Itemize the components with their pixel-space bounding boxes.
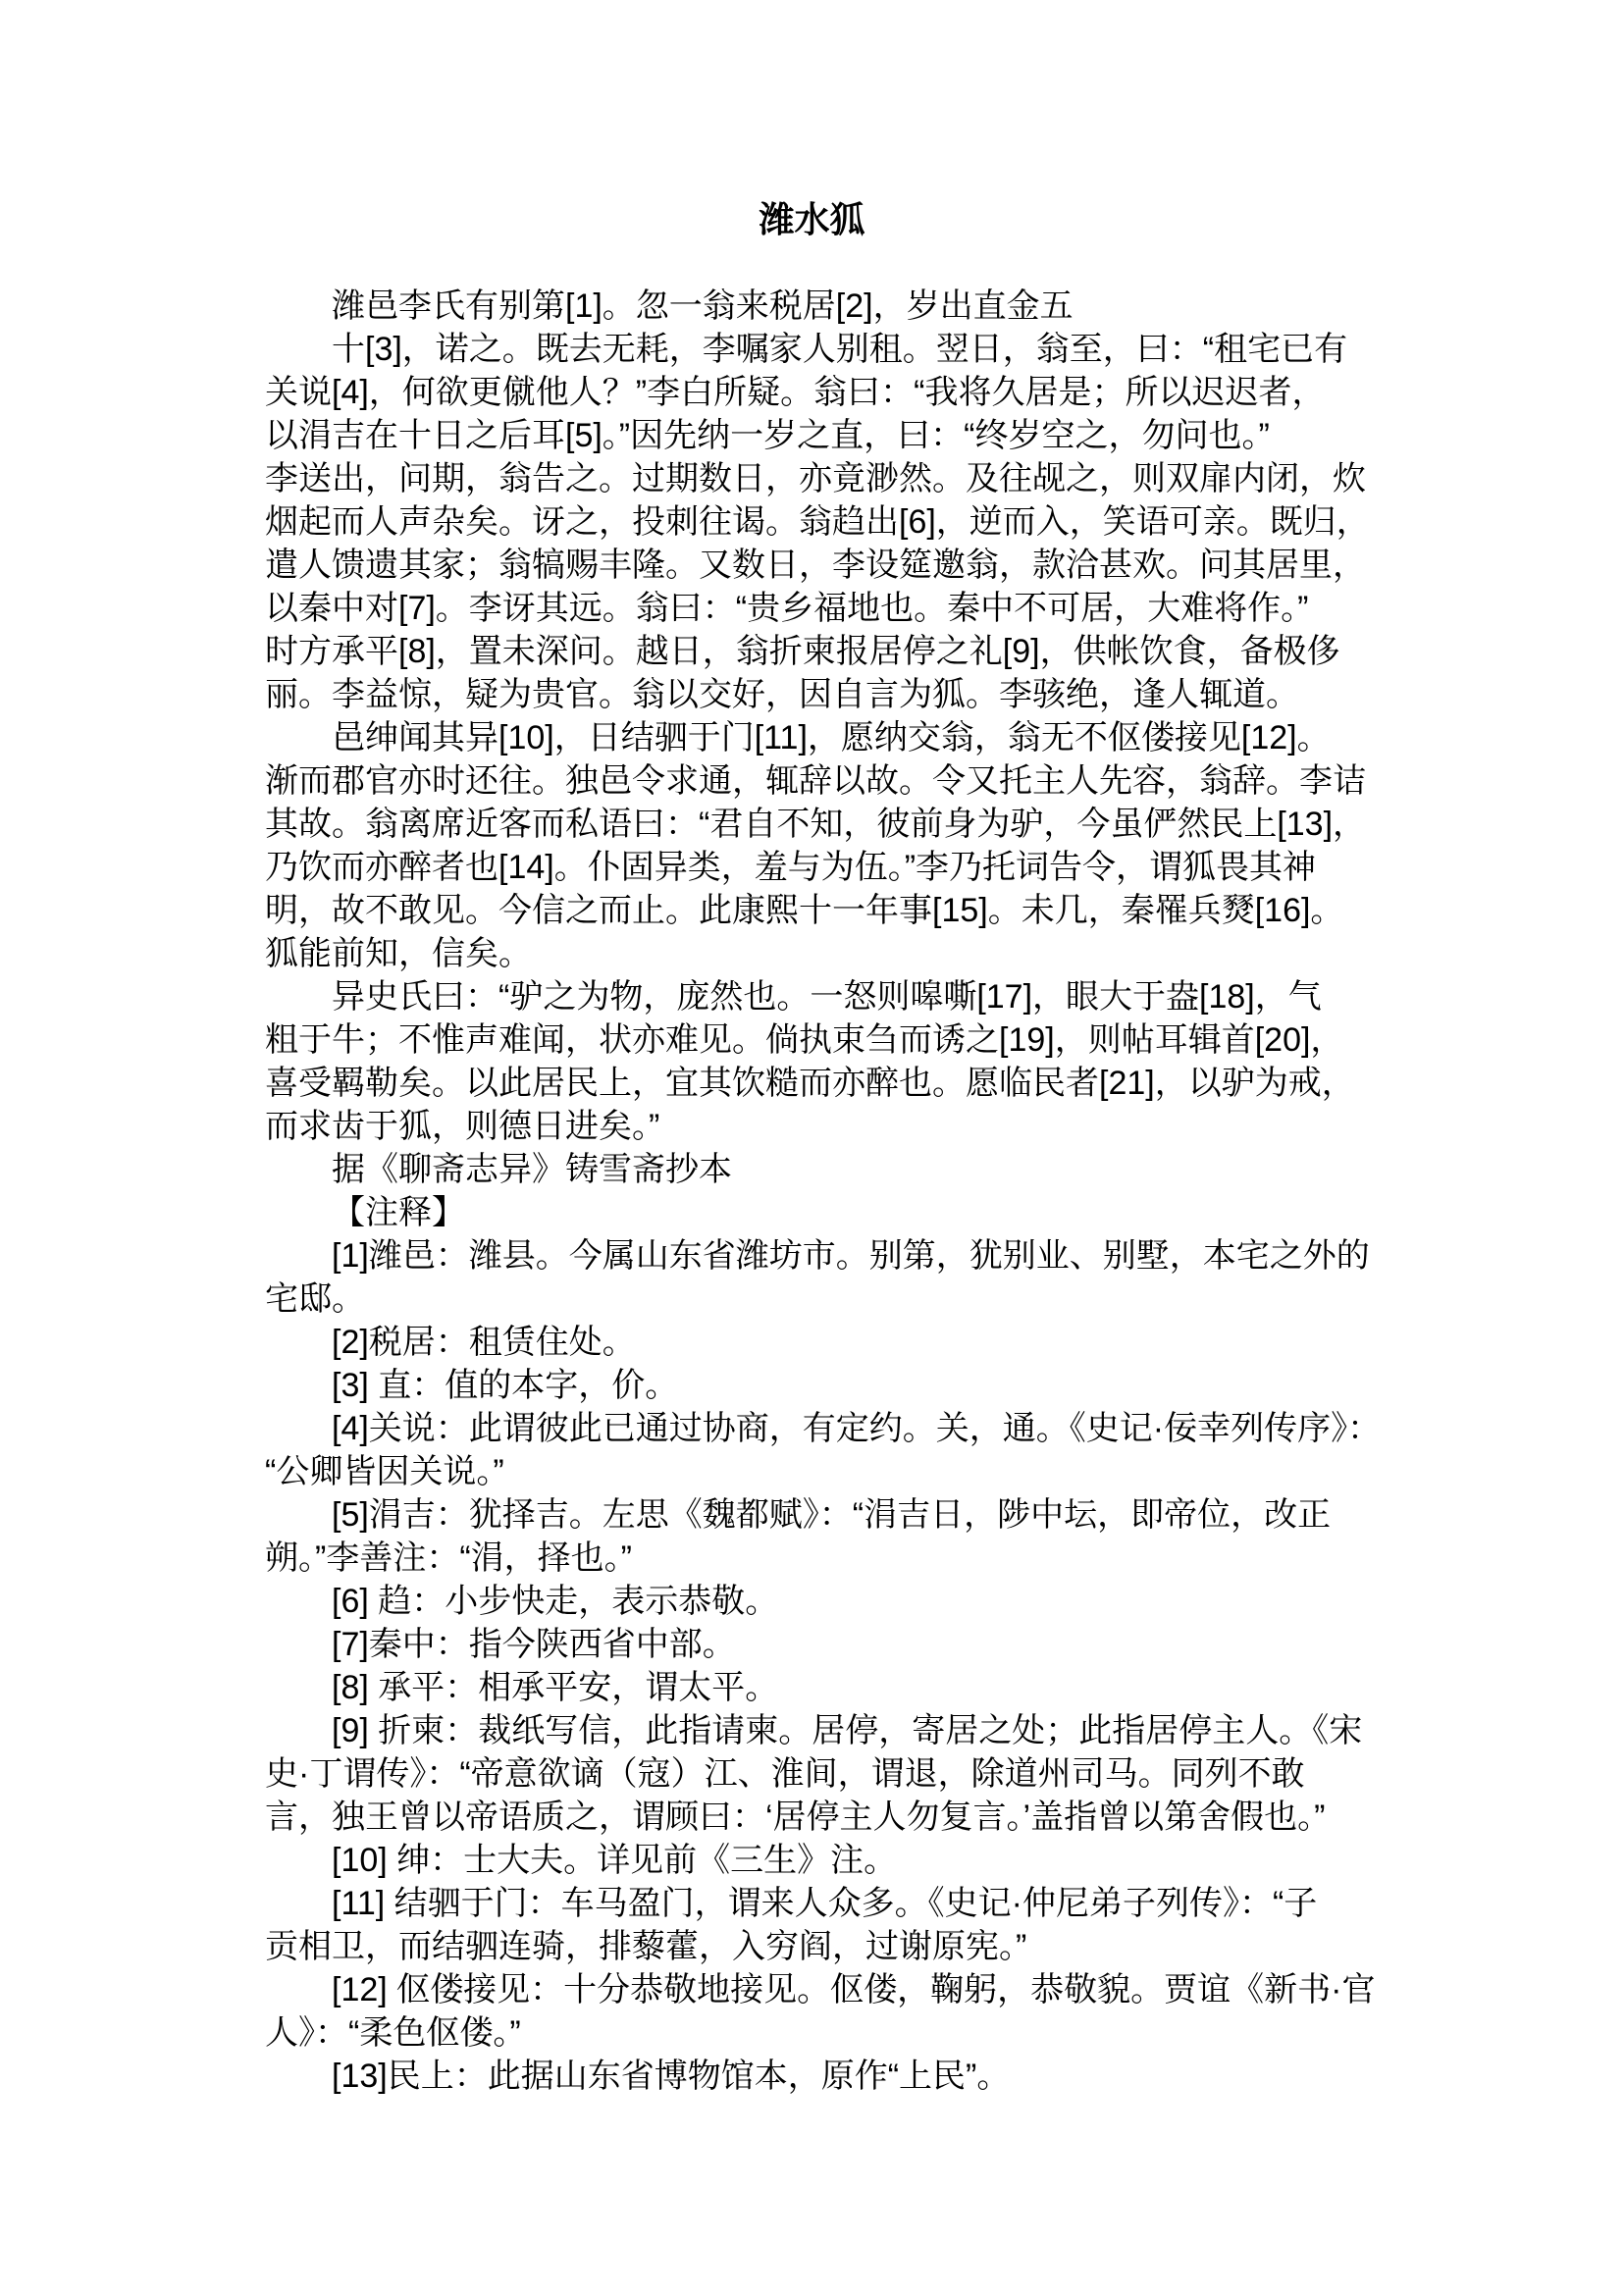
- text-line: 以涓吉在十日之后耳[5]。”因先纳一岁之直，曰：“终岁空之，勿问也。”: [265, 414, 1359, 457]
- text-line: 其故。翁离席近客而私语曰：“君自不知，彼前身为驴，今虽俨然民上[13]，: [265, 803, 1359, 846]
- text-line: 乃饮而亦醉者也[14]。仆固异类，羞与为伍。”李乃托词告令，谓狐畏其神: [265, 846, 1359, 889]
- page-title: 潍水狐: [265, 198, 1359, 241]
- text-line: [6] 趋：小步快走，表示恭敬。: [265, 1580, 1359, 1623]
- text-line: 【注释】: [265, 1191, 1359, 1234]
- text-line: “公卿皆因关说。”: [265, 1450, 1359, 1493]
- text-line: 据《聊斋志异》铸雪斋抄本: [265, 1148, 1359, 1191]
- document-page: 潍水狐 潍邑李氏有别第[1]。忽一翁来税居[2]，岁出直金五十[3]，诺之。既去…: [0, 0, 1624, 2294]
- text-line: 贡相卫，而结驷连骑，排藜藿，入穷阎，过谢原宪。”: [265, 1925, 1359, 1968]
- text-line: 李送出，问期，翁告之。过期数日，亦竟渺然。及往觇之，则双扉内闭，炊: [265, 457, 1359, 500]
- text-line: [7]秦中：指今陕西省中部。: [265, 1623, 1359, 1666]
- text-line: [8] 承平：相承平安，谓太平。: [265, 1666, 1359, 1709]
- text-line: 烟起而人声杂矣。讶之，投刺往谒。翁趋出[6]，逆而入，笑语可亲。既归，: [265, 500, 1359, 544]
- text-line: 关说[4]，何欲更僦他人？”李白所疑。翁曰：“我将久居是；所以迟迟者，: [265, 371, 1359, 414]
- text-line: [1]潍邑：潍县。今属山东省潍坊市。别第，犹别业、别墅，本宅之外的: [265, 1234, 1359, 1277]
- text-line: 时方承平[8]，置未深问。越日，翁折柬报居停之礼[9]，供帐饮食，备极侈: [265, 630, 1359, 673]
- text-line: 以秦中对[7]。李讶其远。翁曰：“贵乡福地也。秦中不可居，大难将作。”: [265, 587, 1359, 630]
- text-line: [2]税居：租赁住处。: [265, 1321, 1359, 1364]
- text-line: 遣人馈遗其家；翁犒赐丰隆。又数日，李设筵邀翁，款洽甚欢。问其居里，: [265, 544, 1359, 587]
- text-line: 喜受羁勒矣。以此居民上，宜其饮糙而亦醉也。愿临民者[21]，以驴为戒，: [265, 1062, 1359, 1105]
- text-line: 朔。”李善注：“涓，择也。”: [265, 1537, 1359, 1580]
- text-line: [9] 折柬：裁纸写信，此指请柬。居停，寄居之处；此指居停主人。《宋: [265, 1709, 1359, 1752]
- text-line: [10] 绅：士大夫。详见前《三生》注。: [265, 1839, 1359, 1882]
- text-line: 人》：“柔色伛偻。”: [265, 2011, 1359, 2055]
- text-line: 言，独王曾以帝语质之，谓顾曰：‘居停主人勿复言。’盖指曾以第舍假也。”: [265, 1796, 1359, 1839]
- text-line: [11] 结驷于门：车马盈门，谓来人众多。《史记·仲尼弟子列传》：“子: [265, 1882, 1359, 1925]
- text-line: 而求齿于狐，则德日进矣。”: [265, 1105, 1359, 1148]
- text-line: 渐而郡官亦时还往。独邑令求通，辄辞以故。令又托主人先容，翁辞。李诘: [265, 759, 1359, 803]
- text-line: 异史氏曰：“驴之为物，庞然也。一怒则嗥嘶[17]，眼大于盎[18]，气: [265, 975, 1359, 1018]
- text-line: [3] 直：值的本字，价。: [265, 1364, 1359, 1407]
- text-line: [5]涓吉：犹择吉。左思《魏都赋》：“涓吉日，陟中坛，即帝位，改正: [265, 1493, 1359, 1537]
- text-line: 潍邑李氏有别第[1]。忽一翁来税居[2]，岁出直金五: [265, 285, 1359, 328]
- text-line: 十[3]，诺之。既去无耗，李嘱家人别租。翌日，翁至，曰：“租宅已有: [265, 328, 1359, 371]
- text-line: 明，故不敢见。今信之而止。此康熙十一年事[15]。未几，秦罹兵燹[16]。: [265, 889, 1359, 932]
- text-line: 宅邸。: [265, 1277, 1359, 1321]
- text-line: 丽。李益惊，疑为贵官。翁以交好，因自言为狐。李骇绝，逢人辄道。: [265, 673, 1359, 716]
- text-line: [4]关说：此谓彼此已通过协商，有定约。关，通。《史记·佞幸列传序》：: [265, 1407, 1359, 1450]
- text-line: [13]民上：此据山东省博物馆本，原作“上民”。: [265, 2055, 1359, 2098]
- text-line: 邑绅闻其异[10]，日结驷于门[11]，愿纳交翁，翁无不伛偻接见[12]。: [265, 716, 1359, 759]
- text-line: 史·丁谓传》：“帝意欲谪（寇）江、淮间，谓退，除道州司马。同列不敢: [265, 1752, 1359, 1796]
- text-line: 粗于牛；不惟声难闻，状亦难见。倘执束刍而诱之[19]，则帖耳辑首[20]，: [265, 1018, 1359, 1062]
- document-body: 潍邑李氏有别第[1]。忽一翁来税居[2]，岁出直金五十[3]，诺之。既去无耗，李…: [265, 285, 1359, 2098]
- text-line: 狐能前知，信矣。: [265, 932, 1359, 975]
- text-line: [12] 伛偻接见：十分恭敬地接见。伛偻，鞠躬，恭敬貌。贾谊《新书·官: [265, 1968, 1359, 2011]
